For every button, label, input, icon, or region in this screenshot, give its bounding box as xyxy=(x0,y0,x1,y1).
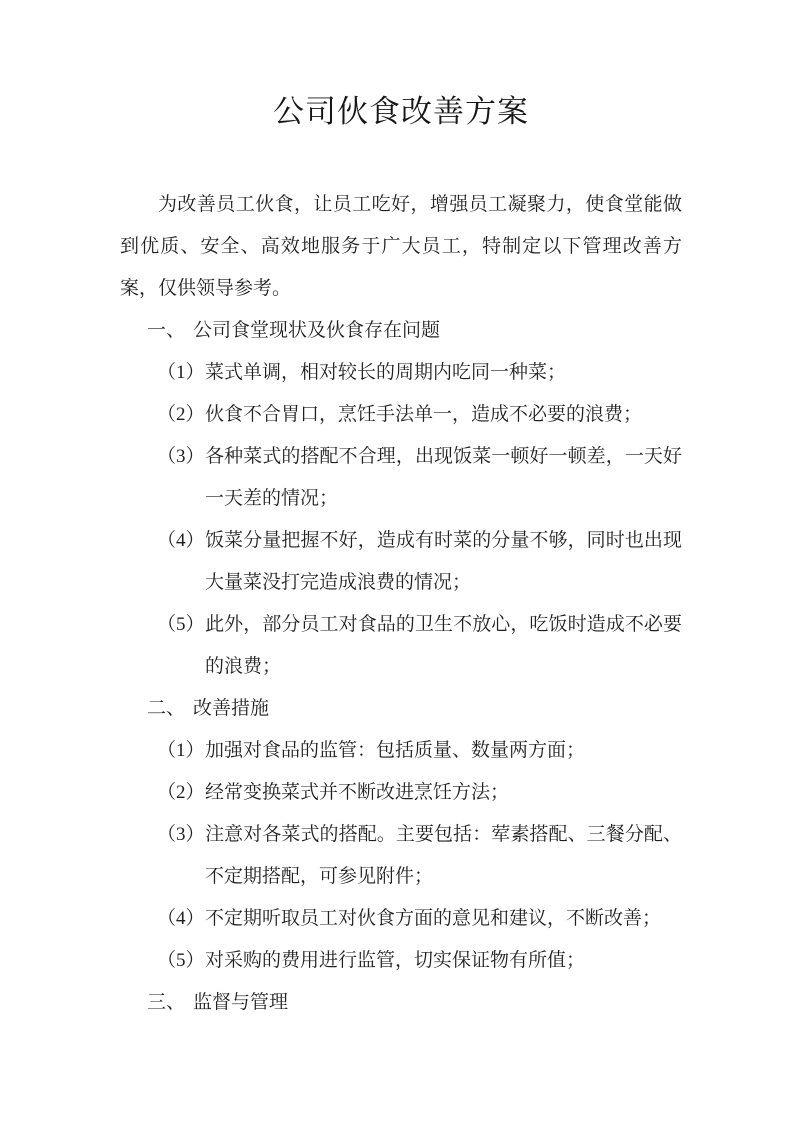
intro-paragraph: 为改善员工伙食，让员工吃好，增强员工凝聚力，使食堂能做到优质、安全、高效地服务于… xyxy=(120,184,682,310)
list-item: （2）经常变换菜式并不断改进烹饪方法； xyxy=(205,772,682,814)
section-title: 改善措施 xyxy=(193,698,269,719)
list-item: （5）此外，部分员工对食品的卫生不放心，吃饭时造成不必要的浪费； xyxy=(205,604,682,688)
item-text: 饭菜分量把握不好，造成有时菜的分量不够，同时也出现大量菜没打完造成浪费的情况； xyxy=(205,530,682,593)
item-text: 对采购的费用进行监管，切实保证物有所值； xyxy=(205,950,585,971)
item-text: 加强对食品的监管：包括质量、数量两方面； xyxy=(205,740,585,761)
item-text: 菜式单调，相对较长的周期内吃同一种菜； xyxy=(205,362,566,383)
item-text: 伙食不合胃口，烹饪手法单一，造成不必要的浪费； xyxy=(205,404,642,425)
item-text: 各种菜式的搭配不合理，出现饭菜一顿好一顿差，一天好一天差的情况； xyxy=(205,446,682,509)
document-title: 公司伙食改善方案 xyxy=(120,88,682,136)
section-heading-2: 二、改善措施 xyxy=(193,688,682,730)
list-item: （4）不定期听取员工对伙食方面的意见和建议，不断改善； xyxy=(205,898,682,940)
item-text: 不定期听取员工对伙食方面的意见和建议，不断改善； xyxy=(205,908,661,929)
list-item: （1）加强对食品的监管：包括质量、数量两方面； xyxy=(205,730,682,772)
item-number: （1） xyxy=(157,730,205,772)
item-number: （5） xyxy=(157,940,205,982)
list-item: （5）对采购的费用进行监管，切实保证物有所值； xyxy=(205,940,682,982)
item-text: 此外，部分员工对食品的卫生不放心，吃饭时造成不必要的浪费； xyxy=(205,614,682,677)
item-number: （1） xyxy=(157,352,205,394)
item-number: （2） xyxy=(157,772,205,814)
item-number: （3） xyxy=(157,814,205,856)
section-number: 二、 xyxy=(147,688,193,730)
section-number: 一、 xyxy=(147,310,193,352)
item-number: （5） xyxy=(157,604,205,646)
list-item: （2）伙食不合胃口，烹饪手法单一，造成不必要的浪费； xyxy=(205,394,682,436)
list-item: （1）菜式单调，相对较长的周期内吃同一种菜； xyxy=(205,352,682,394)
section-heading-3: 三、监督与管理 xyxy=(193,982,682,1024)
document-page: 公司伙食改善方案 为改善员工伙食，让员工吃好，增强员工凝聚力，使食堂能做到优质、… xyxy=(0,0,800,1132)
item-text: 注意对各菜式的搭配。主要包括：荤素搭配、三餐分配、不定期搭配，可参见附件； xyxy=(205,824,682,887)
item-number: （4） xyxy=(157,520,205,562)
section-number: 三、 xyxy=(147,982,193,1024)
section-title: 监督与管理 xyxy=(193,992,288,1013)
item-number: （4） xyxy=(157,898,205,940)
section-title: 公司食堂现状及伙食存在问题 xyxy=(193,320,440,341)
list-item: （3）各种菜式的搭配不合理，出现饭菜一顿好一顿差，一天好一天差的情况； xyxy=(205,436,682,520)
document-body: 为改善员工伙食，让员工吃好，增强员工凝聚力，使食堂能做到优质、安全、高效地服务于… xyxy=(120,184,682,1024)
item-number: （2） xyxy=(157,394,205,436)
item-number: （3） xyxy=(157,436,205,478)
section-heading-1: 一、公司食堂现状及伙食存在问题 xyxy=(193,310,682,352)
list-item: （3）注意对各菜式的搭配。主要包括：荤素搭配、三餐分配、不定期搭配，可参见附件； xyxy=(205,814,682,898)
list-item: （4）饭菜分量把握不好，造成有时菜的分量不够，同时也出现大量菜没打完造成浪费的情… xyxy=(205,520,682,604)
item-text: 经常变换菜式并不断改进烹饪方法； xyxy=(205,782,509,803)
